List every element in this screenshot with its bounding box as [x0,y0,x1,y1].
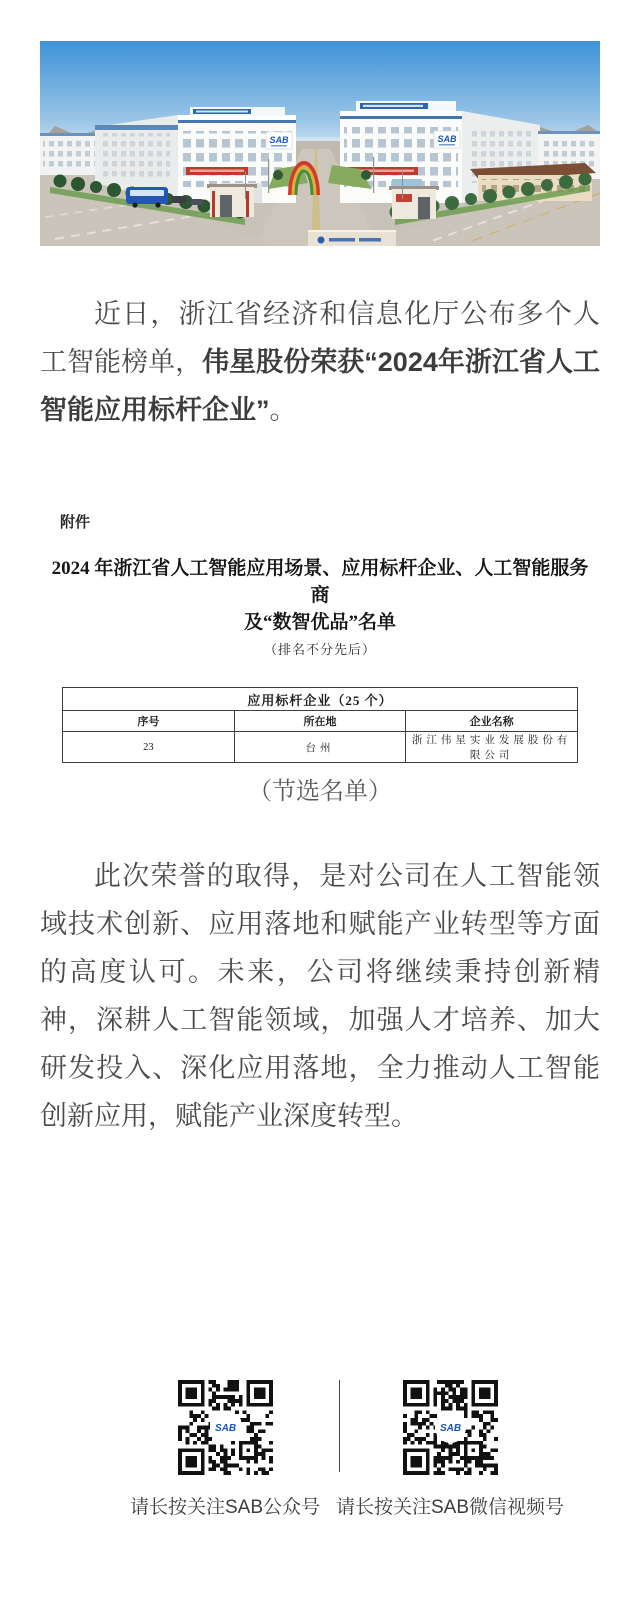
qr-code[interactable]: SAB [178,1380,273,1475]
qr-footer: SAB 请长按关注SAB公众号 SAB 请长按关注SAB微信视频号 [0,1380,640,1519]
svg-text:SAB: SAB [214,1423,235,1434]
table-header-company: 企业名称 [406,711,578,732]
table-cell-location: 台州 [234,732,406,763]
document-subtitle: （排名不分先后） [0,639,640,658]
article-paragraph-2: 此次荣誉的取得，是对公司在人工智能领域技术创新、应用落地和赋能产业转型等方面的高… [0,852,640,1140]
document-title-line-2: 及“数智优品”名单 [48,609,592,636]
table-row: 23 台州 浙江伟星实业发展股份有限公司 [63,732,578,763]
qr-caption-video-channel: 请长按关注SAB微信视频号 [336,1497,564,1519]
qr-column-video-channel: SAB 请长按关注SAB微信视频号 [355,1380,545,1519]
qr-code-svg: SAB [403,1380,498,1475]
table-banner: 应用标杆企业（25 个） [63,688,578,711]
table-header-index: 序号 [63,711,235,732]
table-header-location: 所在地 [234,711,406,732]
document-title: 2024 年浙江省人工智能应用场景、应用标杆企业、人工智能服务商 及“数智优品”… [0,555,640,636]
qr-caption-official-account: 请长按关注SAB公众号 [130,1497,320,1519]
qr-code-svg: SAB [178,1380,273,1475]
table-header-row: 序号 所在地 企业名称 [63,711,578,732]
table-cell-company: 浙江伟星实业发展股份有限公司 [406,732,578,763]
award-list-table: 应用标杆企业（25 个） 序号 所在地 企业名称 23 台州 浙江伟星实业发展股… [62,687,578,763]
sab-sign-right: SAB [434,131,460,148]
qr-divider-line [339,1380,340,1472]
document-title-line-1: 2024 年浙江省人工智能应用场景、应用标杆企业、人工智能服务商 [48,555,592,609]
paragraph-1-suffix: 。 [270,395,297,425]
attachment-label: 附件 [60,511,640,532]
sab-logo-text: SAB [269,135,289,145]
gate-sign-wall [306,230,398,246]
article-paragraph-1: 近日，浙江省经济和信息化厅公布多个人工智能榜单，伟星股份荣获“2024年浙江省人… [0,290,640,434]
campus-photo[interactable]: SAB SAB [40,41,600,246]
attachment-document-image[interactable]: 附件 2024 年浙江省人工智能应用场景、应用标杆企业、人工智能服务商 及“数智… [0,511,640,807]
table-cell-index: 23 [63,732,235,763]
sab-logo-text: SAB [437,134,457,144]
excerpt-caption: （节选名单） [0,777,640,807]
sab-sign-left: SAB [266,132,292,149]
qr-code[interactable]: SAB [403,1380,498,1475]
svg-text:SAB: SAB [439,1423,460,1434]
qr-column-official-account: SAB 请长按关注SAB公众号 [130,1380,320,1519]
